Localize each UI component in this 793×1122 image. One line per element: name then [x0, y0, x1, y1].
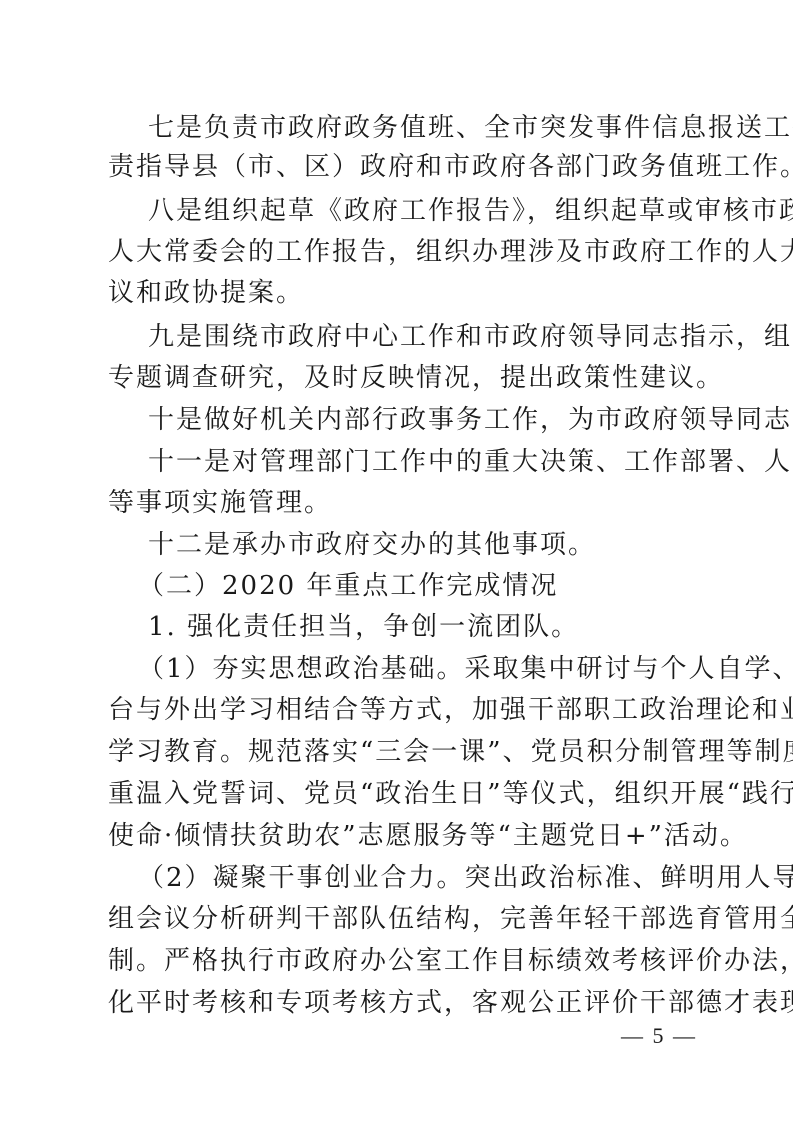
document-page: 七是负责市政府政务值班、全市突发事件信息报送工作。负 责指导县（市、区）政府和市… — [0, 0, 793, 1122]
paragraph-line: 台与外出学习相结合等方式，加强干部职工政治理论和业务知识 — [108, 695, 698, 725]
paragraph-line: 八是组织起草《政府工作报告》，组织起草或审核市政府向市 — [148, 196, 698, 226]
paragraph-line: 七是负责市政府政务值班、全市突发事件信息报送工作。负 — [148, 113, 698, 143]
paragraph-line: 十二是承办市政府交办的其他事项。 — [148, 530, 698, 560]
paragraph-line: 制。严格执行市政府办公室工作目标绩效考核评价办法，调整优 — [108, 946, 698, 976]
paragraph-line: 使命·倾情扶贫助农”志愿服务等“主题党日+”活动。 — [108, 821, 698, 851]
paragraph-line: 责指导县（市、区）政府和市政府各部门政务值班工作。 — [108, 152, 698, 182]
paragraph-line: 专题调查研究，及时反映情况，提出政策性建议。 — [108, 363, 698, 393]
paragraph-line: 学习教育。规范落实“三会一课”、党员积分制管理等制度，举行 — [108, 737, 698, 767]
page-number: — 5 — — [621, 1022, 697, 1050]
paragraph-line: 十是做好机关内部行政事务工作，为市政府领导同志服务。 — [148, 405, 698, 435]
paragraph-line: 十一是对管理部门工作中的重大决策、工作部署、人事工作 — [148, 447, 698, 477]
section-heading: （二）2020 年重点工作完成情况 — [138, 571, 728, 601]
paragraph-line: （1）夯实思想政治基础。采取集中研讨与个人自学、网络平 — [138, 654, 728, 684]
paragraph-line: 九是围绕市政府中心工作和市政府领导同志指示，组织开展 — [148, 322, 698, 352]
paragraph-line: 人大常委会的工作报告，组织办理涉及市政府工作的人大代表建 — [108, 237, 698, 267]
paragraph-line: 等事项实施管理。 — [108, 488, 698, 518]
paragraph-line: 重温入党誓词、党员“政治生日”等仪式，组织开展“践行初心 — [108, 779, 698, 809]
paragraph-line: 组会议分析研判干部队伍结构，完善年轻干部选育管用全链条机 — [108, 904, 698, 934]
subsection-heading: 1. 强化责任担当，争创一流团队。 — [148, 612, 698, 642]
paragraph-line: （2）凝聚干事创业合力。突出政治标准、鲜明用人导向，党 — [138, 863, 728, 893]
paragraph-line: 议和政协提案。 — [108, 278, 698, 308]
paragraph-line: 化平时考核和专项考核方式，客观公正评价干部德才表现。发动 — [108, 988, 698, 1018]
